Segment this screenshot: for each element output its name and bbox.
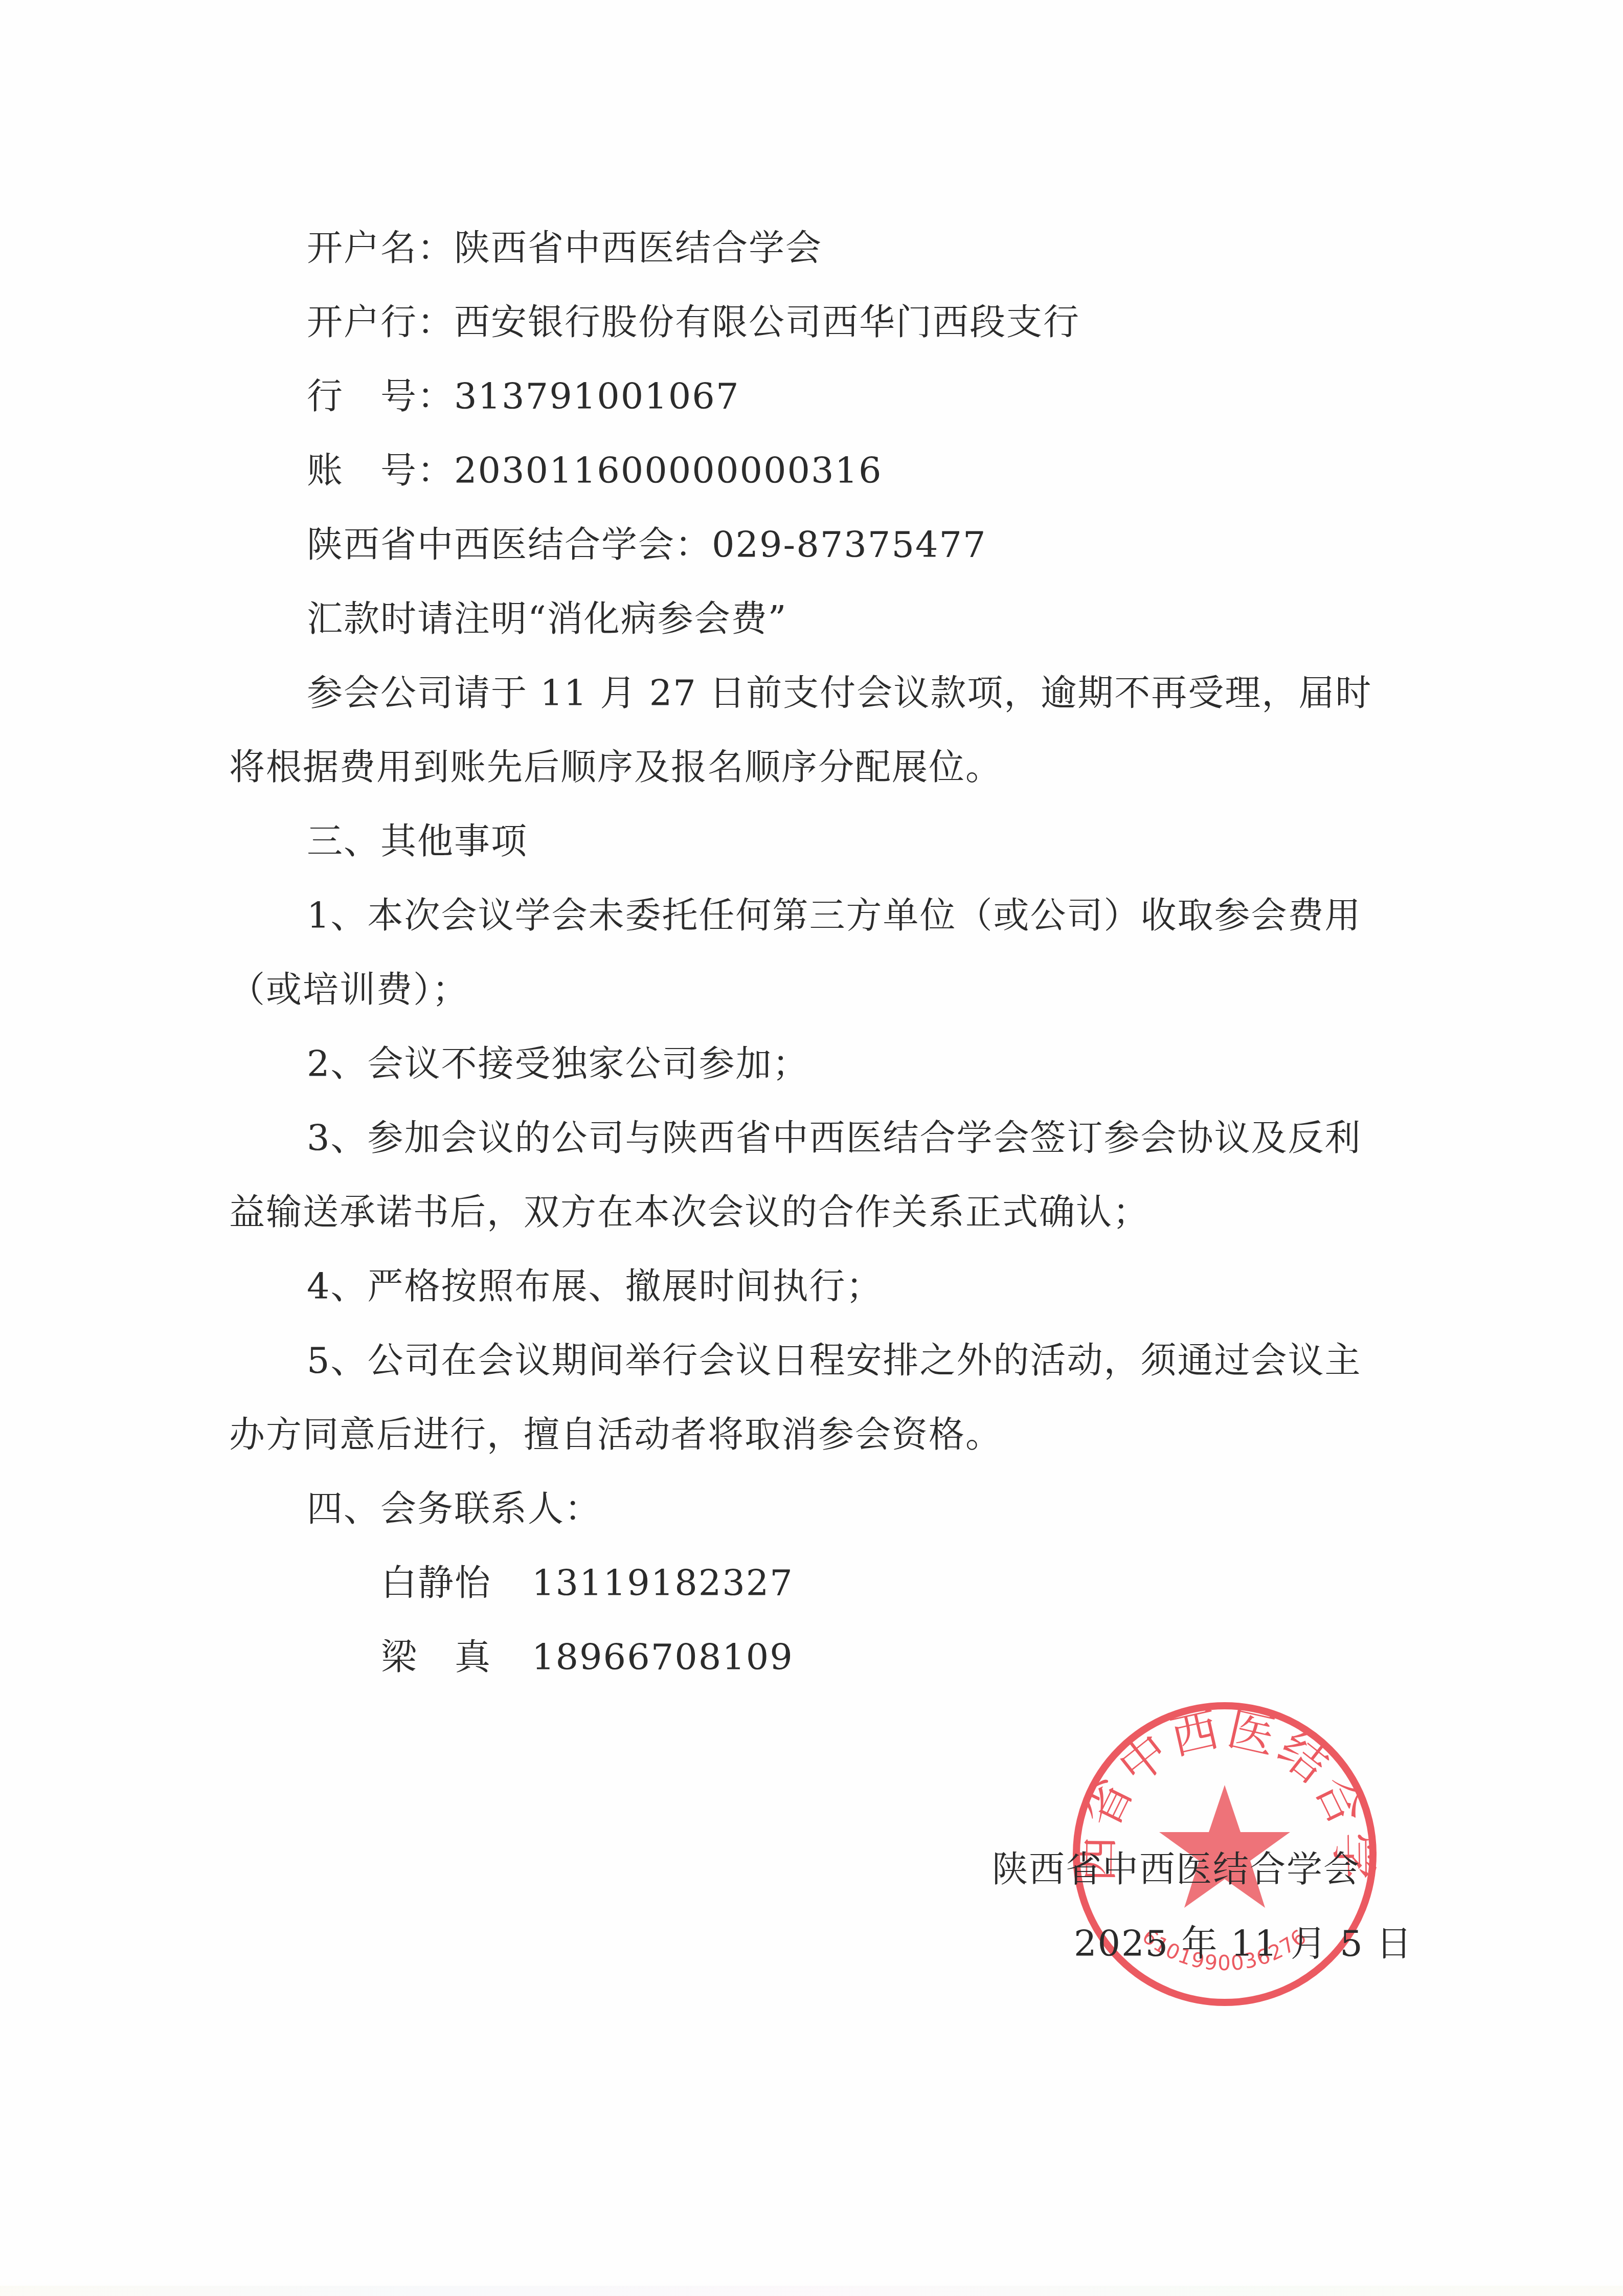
contact-phone: 18966708109	[532, 1636, 794, 1678]
contact-name: 白静怡	[381, 1560, 532, 1606]
item-3-line-2: 益输送承诺书后，双方在本次会议的合作关系正式确认；	[229, 1189, 1149, 1235]
account-number-label: 账 号：	[307, 450, 454, 492]
bank-code-line: 行 号：313791001067	[307, 373, 739, 419]
account-name-label: 开户名：	[307, 227, 454, 269]
signature-date: 2025 年 11 月 5 日	[1074, 1921, 1413, 1967]
payment-notice-line-1: 参会公司请于 11 月 27 日前支付会议款项，逾期不再受理，届时	[307, 670, 1372, 716]
account-number-line: 账 号：203011600000000316	[307, 448, 883, 494]
bank-value: 西安银行股份有限公司西华门西段支行	[454, 301, 1080, 343]
bank-code-value: 313791001067	[454, 375, 739, 417]
contact-name: 梁 真	[381, 1634, 532, 1680]
item-4: 4、严格按照布展、撤展时间执行；	[307, 1263, 883, 1309]
item-5-line-1: 5、公司在会议期间举行会议日程安排之外的活动，须通过会议主	[307, 1338, 1362, 1384]
remark-line: 汇款时请注明“消化病参会费”	[307, 596, 787, 642]
item-3-line-1: 3、参加会议的公司与陕西省中西医结合学会签订参会协议及反利	[307, 1115, 1362, 1161]
item-1-line-1: 1、本次会议学会未委托任何第三方单位（或公司）收取参会费用	[307, 893, 1362, 939]
account-number-value: 203011600000000316	[454, 450, 883, 492]
payment-notice-line-2: 将根据费用到账先后顺序及报名顺序分配展位。	[229, 744, 1002, 790]
section-3-heading: 三、其他事项	[307, 818, 528, 864]
bank-code-label: 行 号：	[307, 375, 454, 417]
bank-label: 开户行：	[307, 301, 454, 343]
bank-line: 开户行：西安银行股份有限公司西华门西段支行	[307, 299, 1080, 345]
scan-edge-artifact	[0, 2286, 1623, 2296]
phone-line: 陕西省中西医结合学会：029-87375477	[307, 522, 987, 568]
document-page: 开户名：陕西省中西医结合学会 开户行：西安银行股份有限公司西华门西段支行 行 号…	[0, 0, 1623, 2296]
section-4-heading: 四、会务联系人：	[307, 1486, 601, 1532]
contact-row: 白静怡13119182327	[381, 1560, 794, 1606]
signature-organization: 陕西省中西医结合学会	[992, 1846, 1360, 1892]
contact-row: 梁 真18966708109	[381, 1634, 794, 1680]
item-5-line-2: 办方同意后进行，擅自活动者将取消参会资格。	[229, 1412, 1002, 1458]
account-name-value: 陕西省中西医结合学会	[454, 227, 822, 269]
account-name-line: 开户名：陕西省中西医结合学会	[307, 225, 822, 271]
contact-phone: 13119182327	[532, 1562, 794, 1604]
item-1-line-2: （或培训费）；	[229, 967, 469, 1013]
item-2: 2、会议不接受独家公司参加；	[307, 1041, 809, 1087]
